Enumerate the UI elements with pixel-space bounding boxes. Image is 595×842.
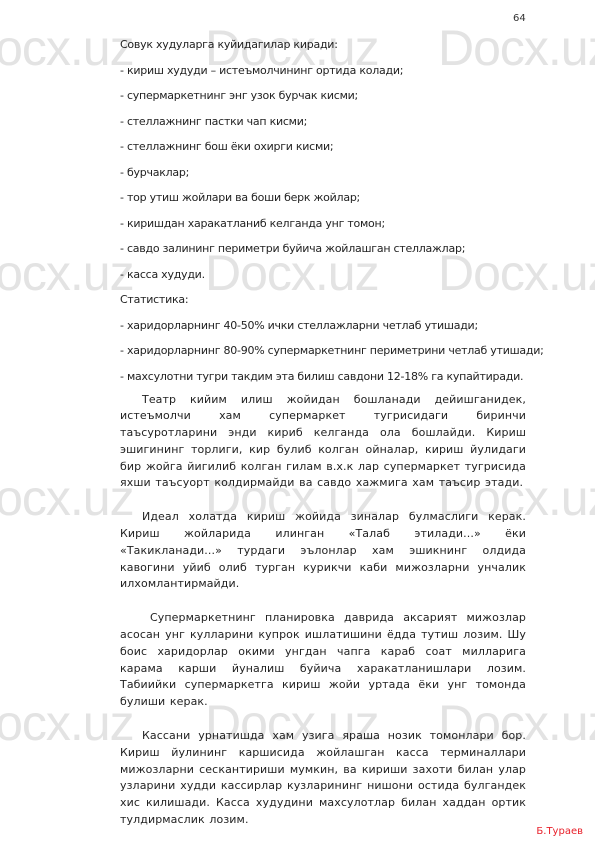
stats-item: - харидорларнинг 80-90% супермаркетнинг … bbox=[120, 344, 526, 358]
list-heading: Совук худуларга куйидагилар киради: bbox=[120, 38, 526, 52]
list-item: - стеллажнинг бош ёки охирги кисми; bbox=[120, 140, 526, 154]
stats-item: - харидорларнинг 40-50% ички стеллажларн… bbox=[120, 319, 526, 333]
stats-item: - махсулотни тугри такдим эта билиш савд… bbox=[120, 370, 526, 384]
paragraph-ideal-entrance: Идеал холатда кириш жойида зиналар булма… bbox=[120, 509, 526, 593]
list-item: - касса худуди. bbox=[120, 268, 526, 282]
list-item: - савдо залининг периметри буйича жойлаш… bbox=[120, 242, 526, 256]
list-item: - киришдан харакатланиб келганда унг том… bbox=[120, 217, 526, 231]
watermark: Docx.uz bbox=[0, 703, 134, 743]
watermark: Docx.uz bbox=[0, 478, 134, 518]
list-item: - кириш худуди – истеъмолчининг ортида к… bbox=[120, 64, 526, 78]
page-number: 64 bbox=[513, 13, 526, 24]
paragraph-entrance-impression: Театр кийим илиш жойидан бошланади дейиш… bbox=[120, 392, 526, 493]
document-body: Совук худуларга куйидагилар киради: - ки… bbox=[120, 38, 526, 829]
list-item: - супермаркетнинг энг узок бурчак кисми; bbox=[120, 89, 526, 103]
paragraph-planning: Супермаркетнинг планировка даврида аксар… bbox=[120, 610, 526, 711]
stats-heading: Статистика: bbox=[120, 293, 526, 307]
list-item: - тор утиш жойлари ва боши берк жойлар; bbox=[120, 191, 526, 205]
watermark: Docx.uz bbox=[0, 253, 134, 293]
list-item: - стеллажнинг пастки чап кисми; bbox=[120, 115, 526, 129]
list-item: - бурчаклар; bbox=[120, 166, 526, 180]
author-signature: Б.Тураев bbox=[536, 826, 583, 837]
watermark: Docx.uz bbox=[0, 28, 134, 68]
paragraph-checkout: Кассани урнатишда хам узига яраша нозик … bbox=[120, 728, 526, 829]
